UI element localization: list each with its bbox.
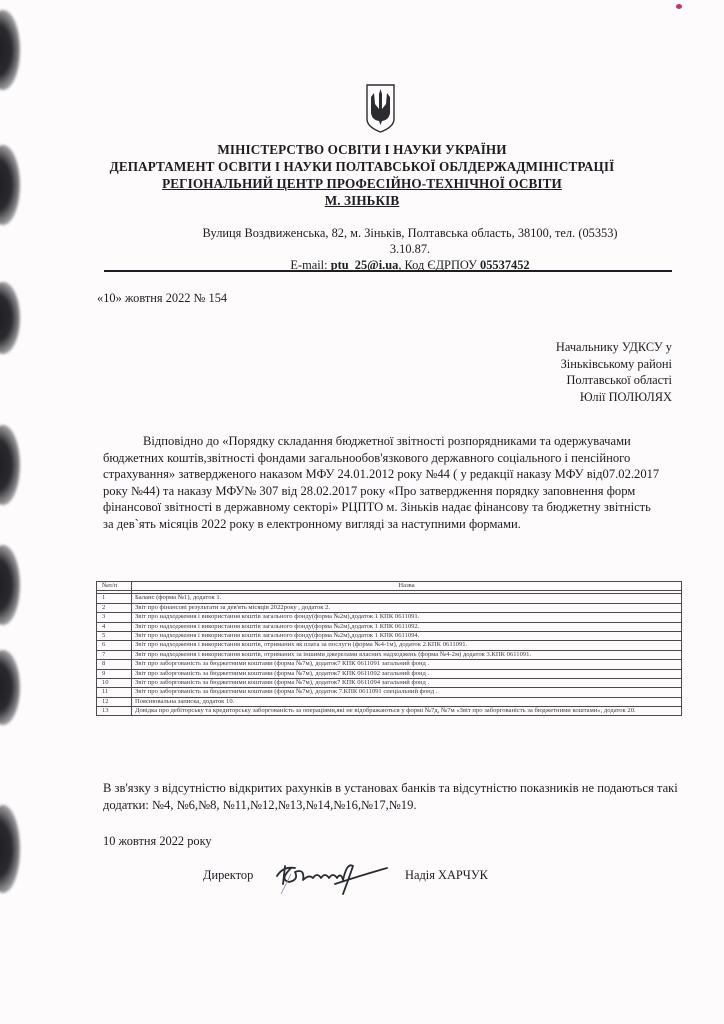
table-header-row: №п/п Назва [97, 582, 682, 591]
letterhead-divider [104, 270, 672, 272]
recipient-line: Начальнику УДКСУ у [556, 339, 672, 356]
table-row: 4Звіт про надходження і використання кош… [97, 622, 682, 631]
recipient-line: Полтавської області [556, 372, 672, 389]
signer-name: Надія ХАРЧУК [405, 868, 488, 883]
scan-shadow [0, 10, 20, 90]
recipient-line: Юлії ПОЛЮЛЯХ [556, 389, 672, 406]
center-name: РЕГІОНАЛЬНИЙ ЦЕНТР ПРОФЕСІЙНО-ТЕХНІЧНОЇ … [0, 175, 724, 192]
address-line: Вулиця Воздвиженська, 82, м. Зіньків, По… [160, 225, 660, 242]
omitted-appendices-note: В зв'язку з відсутністю відкритих рахунк… [103, 780, 683, 814]
ministry-name: МІНІСТЕРСТВО ОСВІТИ І НАУКИ УКРАЇНИ [0, 141, 724, 158]
table-row: 8Звіт про заборгованість за бюджетними к… [97, 660, 682, 669]
recipient-line: Зіньківському районі [556, 356, 672, 373]
table-row: 7Звіт про надходження і використання кош… [97, 650, 682, 659]
signature-date: 10 жовтня 2022 року [103, 834, 212, 849]
ink-speck [676, 4, 682, 9]
scan-shadow [0, 282, 20, 354]
table-row: 10Звіт про заборгованість за бюджетними … [97, 678, 682, 687]
scan-shadow [0, 650, 20, 725]
column-header-name: Назва [132, 582, 682, 591]
table-row: 1Баланс (форма №1), додаток 1. [97, 594, 682, 603]
city-name: М. ЗІНЬКІВ [0, 192, 724, 209]
table-row: 3Звіт про надходження і використання кош… [97, 613, 682, 622]
table-row: 5Звіт про надходження і використання кош… [97, 631, 682, 640]
table-row: 9Звіт про заборгованість за бюджетними к… [97, 669, 682, 678]
body-paragraph: Відповідно до «Порядку складання бюджетн… [103, 433, 663, 533]
recipient-block: Начальнику УДКСУ у Зіньківському районі … [556, 339, 672, 405]
table-row: 12Пояснювальна записка, додаток 10. [97, 697, 682, 706]
phone-continuation: 3.10.87. [160, 241, 660, 258]
table-row: 2Звіт про фінансові результати за дев'ят… [97, 603, 682, 612]
table-row: 13Довідка про дебіторську та кредиторськ… [97, 707, 682, 716]
scan-shadow [0, 545, 20, 625]
trident-coat-of-arms-icon [365, 83, 396, 133]
scan-shadow [0, 425, 20, 505]
department-name: ДЕПАРТАМЕНТ ОСВІТИ І НАУКИ ПОЛТАВСЬКОЇ О… [0, 158, 724, 175]
column-header-number: №п/п [97, 582, 132, 591]
outgoing-date-number: «10» жовтня 2022 № 154 [97, 291, 227, 306]
handwritten-signature-icon [269, 854, 389, 898]
forms-table: №п/п Назва 1Баланс (форма №1), додаток 1… [96, 581, 682, 716]
signer-position: Директор [203, 868, 253, 883]
table-row: 6Звіт про надходження і використання кош… [97, 641, 682, 650]
scan-shadow [0, 805, 20, 893]
table-row: 11Звіт про заборгованість за бюджетними … [97, 688, 682, 697]
